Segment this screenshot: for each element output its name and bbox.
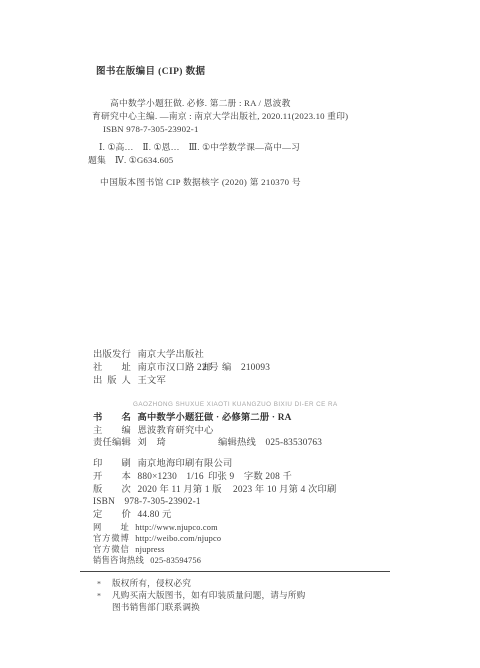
wechat-value: njupress (135, 545, 164, 554)
asterisk-bullet-icon: * (97, 591, 112, 603)
printer-value: 南京地海印刷有限公司 (138, 459, 233, 469)
weibo-label: 官方微博 (93, 533, 129, 544)
edition-row: 版次 2020 年 11 月第 1 版 2023 年 10 月第 4 次印刷 (93, 484, 233, 497)
copyright-note-text: 版权所有，侵权必究 (112, 577, 191, 589)
person-label: 出版人 (93, 375, 131, 388)
contact-block: 网址 http://www.njupco.com 官方微博 http://wei… (93, 522, 221, 566)
chief-editor-label: 主编 (93, 425, 131, 438)
cip-classification: Ⅰ. ①高… Ⅱ. ①恩… Ⅲ. ①中学数学课—高中—习 题集 Ⅳ. ①G634… (88, 141, 300, 167)
cip-header: 图书在版编目 (CIP) 数据 (96, 63, 205, 77)
bullet-spacer (97, 603, 112, 615)
duty-editor-value: 刘 琦 (138, 438, 167, 448)
price-row: 定价 44.80 元 (93, 509, 233, 522)
cip-record-number: 中国版本图书馆 CIP 数据核字 (2020) 第 210370 号 (100, 175, 301, 188)
publish-label: 出版发行 (93, 349, 131, 362)
divider-rule (80, 571, 390, 572)
weibo-value: http://weibo.com/njupco (135, 534, 221, 543)
publisher-row: 出版发行 南京大学出版社 (93, 349, 219, 362)
format-row: 开本 880×1230 1/16 印张 9 字数 208 千 (93, 471, 233, 484)
duty-editor-row: 责任编辑 刘 琦 编辑热线 025-83530763 (93, 437, 292, 450)
colophon-page: 图书在版编目 (CIP) 数据 高中数学小题狂做. 必修. 第二册 : RA /… (0, 0, 480, 668)
sheets-words-value: 印张 9 字数 208 千 (208, 471, 292, 484)
cip-entry: 高中数学小题狂做. 必修. 第二册 : RA / 恩波教 育研究中心主编. —南… (92, 97, 348, 137)
person-value: 王文军 (138, 376, 167, 386)
notes-block: * 版权所有，侵权必究 * 凡购买南大版图书，如有印装质量问题，请与所购 图书销… (97, 577, 305, 614)
book-info-block: 书名 高中数学小题狂做 · 必修第二册 · RA 主编 恩波教育研究中心 责任编… (93, 412, 292, 450)
price-value: 44.80 元 (138, 510, 172, 520)
printer-label: 印刷 (93, 458, 131, 471)
postcode-value: 邮 编 210093 (203, 362, 270, 375)
publisher-person-row: 出版人 王文军 (93, 375, 219, 388)
editor-hotline-value: 编辑热线 025-83530763 (218, 437, 322, 450)
wechat-label: 官方微信 (93, 544, 129, 555)
cip-entry-line2: 育研究中心主编. —南京 : 南京大学出版社, 2020.11(2023.10 … (92, 110, 348, 123)
exchange-note-row: * 凡购买南大版图书，如有印装质量问题，请与所购 (97, 589, 305, 601)
printer-row: 印刷 南京地海印刷有限公司 (93, 458, 233, 471)
chief-editor-row: 主编 恩波教育研究中心 (93, 425, 292, 438)
price-label: 定价 (93, 509, 131, 522)
edition-label: 版次 (93, 484, 131, 497)
exchange-note-row2: 图书销售部门联系调换 (97, 601, 305, 613)
isbn-label: ISBN (93, 496, 115, 509)
copyright-note-row: * 版权所有，侵权必究 (97, 577, 305, 589)
cip-class-line2: 题集 Ⅳ. ①G634.605 (88, 154, 300, 167)
exchange-note-line2: 图书销售部门联系调换 (112, 601, 200, 613)
weibo-row: 官方微博 http://weibo.com/njupco (93, 533, 221, 544)
sales-hotline-row: 销售咨询热线 025-83594756 (93, 555, 221, 566)
cip-entry-line1: 高中数学小题狂做. 必修. 第二册 : RA / 恩波教 (110, 97, 348, 110)
edition-value: 2020 年 11 月第 1 版 (138, 485, 222, 495)
book-title-label: 书名 (93, 412, 131, 425)
asterisk-bullet-icon: * (97, 579, 112, 591)
publish-value: 南京大学出版社 (138, 350, 204, 360)
chief-editor-value: 恩波教育研究中心 (138, 426, 214, 436)
printing-block: 印刷 南京地海印刷有限公司 开本 880×1230 1/16 印张 9 字数 2… (93, 458, 233, 522)
book-title-row: 书名 高中数学小题狂做 · 必修第二册 · RA (93, 412, 292, 425)
address-label: 社址 (93, 362, 131, 375)
isbn-value: 978-7-305-23902-1 (125, 497, 201, 507)
wechat-row: 官方微信 njupress (93, 544, 221, 555)
isbn-row: ISBN 978-7-305-23902-1 (93, 496, 233, 509)
website-value: http://www.njupco.com (135, 523, 217, 532)
cip-entry-isbn: ISBN 978-7-305-23902-1 (103, 123, 348, 136)
cip-class-line1: Ⅰ. ①高… Ⅱ. ①恩… Ⅲ. ①中学数学课—高中—习 (99, 141, 300, 154)
book-title-pinyin: GAOZHONG SHUXUE XIAOTI KUANGZUO BIXIU DI… (133, 401, 338, 408)
book-title-value: 高中数学小题狂做 · 必修第二册 · RA (138, 413, 292, 423)
impression-value: 2023 年 10 月第 4 次印刷 (233, 484, 337, 497)
address-row: 社址 南京市汉口路 22 号 邮 编 210093 (93, 362, 219, 375)
exchange-note-line1: 凡购买南大版图书，如有印装质量问题，请与所购 (112, 589, 305, 601)
format-label: 开本 (93, 471, 131, 484)
sales-hotline-label: 销售咨询热线 (93, 555, 144, 566)
duty-editor-label: 责任编辑 (93, 437, 131, 450)
format-value: 880×1230 1/16 (138, 472, 204, 482)
website-label: 网址 (93, 522, 129, 533)
publisher-block: 出版发行 南京大学出版社 社址 南京市汉口路 22 号 邮 编 210093 出… (93, 349, 219, 388)
website-row: 网址 http://www.njupco.com (93, 522, 221, 533)
sales-hotline-value: 025-83594756 (150, 556, 201, 565)
